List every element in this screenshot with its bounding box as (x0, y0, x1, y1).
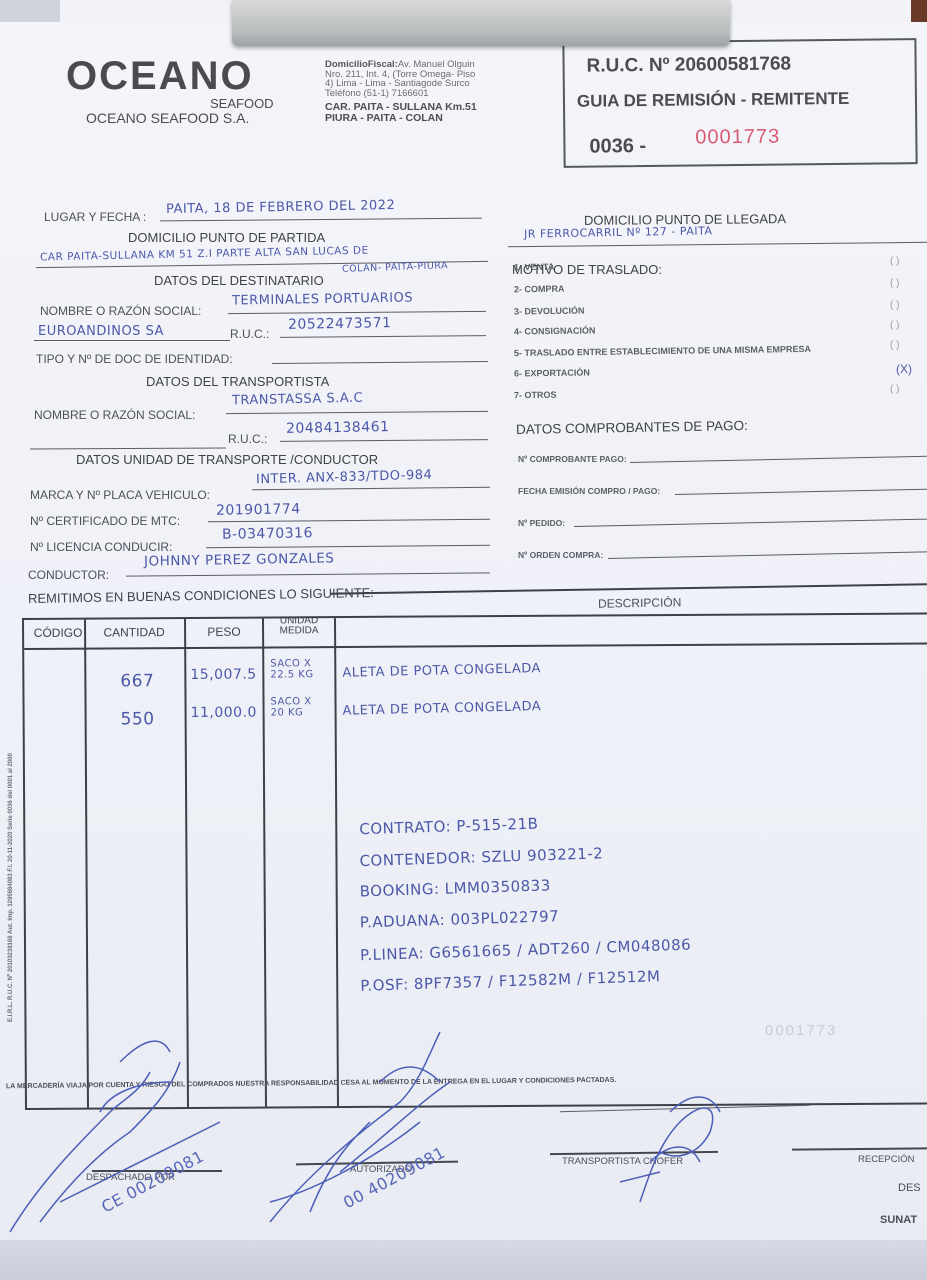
faint-stamp: 0001773 (765, 1022, 837, 1039)
dest-ruc-label: R.U.C.: (230, 327, 269, 341)
document-page: OCEANO SEAFOOD OCEANO SEAFOOD S.A. Domic… (0, 22, 927, 1260)
pago-field-label: Nº ORDEN COMPRA: (518, 550, 603, 560)
cell-descripcion[interactable]: ALETA DE POTA CONGELADA (342, 661, 541, 681)
motivo-label: 2- COMPRA (514, 284, 565, 295)
motivo-label: 7- OTROS (514, 390, 557, 401)
signature-despachado (0, 1032, 260, 1252)
cell-descripcion[interactable]: ALETA DE POTA CONGELADA (342, 699, 541, 719)
field-underline (34, 340, 230, 341)
motivo-checkbox[interactable]: ( ) (890, 278, 899, 289)
field-underline (226, 411, 488, 414)
licencia-label: Nº LICENCIA CONDUCIR: (30, 540, 172, 554)
partial-text: DES (898, 1182, 921, 1194)
shipment-note: BOOKING: LMM0350833 (359, 876, 551, 900)
motivo-checkbox[interactable]: (X) (896, 362, 912, 376)
mtc-label: Nº CERTIFICADO DE MTC: (30, 514, 180, 528)
motivo-label: 1- VENTA (514, 262, 554, 273)
licencia-value[interactable]: B-03470316 (222, 525, 313, 543)
signature-autorizado (250, 1022, 480, 1242)
plant-address: CAR. PAITA - SULLANA Km.51 PIURA - PAITA… (325, 102, 477, 123)
field-underline (252, 487, 490, 490)
field-underline (160, 218, 482, 222)
column-header-cantidad: CANTIDAD (86, 625, 182, 640)
field-underline (206, 545, 490, 548)
partial-text-sunat: SUNAT (880, 1214, 917, 1226)
field-underline (208, 519, 490, 522)
partida-value-2[interactable]: COLAN- PAITA-PIURA (342, 260, 448, 275)
fiscal-address: DomicilioFiscal:Av. Manuel Olguin Nro. 2… (325, 60, 475, 98)
motivo-label: 5- TRASLADO ENTRE ESTABLECIMIENTO DE UNA… (514, 344, 811, 358)
pago-field-input[interactable] (608, 551, 927, 559)
table-intro: REMITIMOS EN BUENAS CONDICIONES LO SIGUI… (28, 585, 374, 606)
printer-imprint: E.I.R.L. R.U.C. Nº 20103239168 Aut. Imp.… (8, 753, 14, 1022)
conductor-label: CONDUCTOR: (28, 568, 109, 582)
ruc-box: R.U.C. Nº 20600581768 GUIA DE REMISIÓN -… (562, 38, 917, 168)
signature-transportista (600, 1072, 760, 1222)
motivo-label: 6- EXPORTACIÓN (514, 367, 590, 378)
cell-unidad[interactable]: SACO X 20 KG (270, 696, 328, 718)
field-underline (126, 572, 490, 576)
clipboard-clip (232, 0, 730, 46)
column-header-peso: PESO (186, 625, 262, 639)
lugar-fecha-value[interactable]: PAITA, 18 DE FEBRERO DEL 2022 (166, 198, 396, 217)
field-underline (508, 242, 927, 247)
transp-nombre-label: NOMBRE O RAZÓN SOCIAL: (34, 408, 195, 422)
dest-ruc-value[interactable]: 20522473571 (288, 315, 392, 333)
signature-line (792, 1147, 927, 1150)
field-underline (280, 335, 486, 338)
dest-nombre-label: NOMBRE O RAZÓN SOCIAL: (40, 304, 201, 318)
motivo-checkbox[interactable]: ( ) (890, 320, 899, 331)
placa-label: MARCA Y Nº PLACA VEHICULO: (30, 488, 210, 502)
motivo-label: 4- CONSIGNACIÓN (514, 325, 596, 336)
shipment-note: CONTENEDOR: SZLU 903221-2 (359, 844, 603, 870)
column-header-codigo: CÓDIGO (32, 626, 84, 640)
pago-field-label: Nº COMPROBANTE PAGO: (518, 454, 627, 464)
pago-title: DATOS COMPROBANTES DE PAGO: (516, 418, 748, 437)
pago-field-input[interactable] (675, 489, 927, 495)
field-underline (30, 447, 226, 449)
mtc-value[interactable]: 201901774 (216, 501, 301, 518)
dest-nombre-value[interactable]: TERMINALES PORTUARIOS (232, 290, 413, 308)
motivo-checkbox[interactable]: ( ) (890, 300, 899, 311)
pago-field-label: Nº PEDIDO: (518, 518, 565, 528)
transp-nombre-value[interactable]: TRANSTASSA S.A.C (232, 391, 363, 409)
motivo-label: 3- DEVOLUCIÓN (514, 306, 585, 317)
column-header-descripcion: DESCRIPCIÓN (598, 595, 682, 610)
table-top-line (330, 583, 927, 594)
pago-field-input[interactable] (574, 519, 927, 527)
transp-ruc-label: R.U.C.: (228, 432, 267, 446)
doc-identidad-field[interactable] (272, 361, 488, 364)
transportista-title: DATOS DEL TRANSPORTISTA (146, 374, 329, 389)
shipment-note: P.LINEA: G6561665 / ADT260 / CM048086 (360, 936, 692, 965)
document-serie: 0036 - (589, 135, 646, 159)
partida-value[interactable]: CAR PAITA-SULLANA KM 51 Z.I PARTE ALTA S… (40, 245, 369, 264)
lugar-fecha-label: LUGAR Y FECHA : (44, 210, 146, 224)
field-underline (228, 311, 486, 314)
document-number: 0001773 (695, 126, 780, 150)
conductor-value[interactable]: JOHNNY PEREZ GONZALES (144, 550, 335, 569)
transp-ruc-value[interactable]: 20484138461 (286, 419, 390, 437)
signature-label-recepcion: RECEPCIÓN (858, 1154, 914, 1165)
unidad-title: DATOS UNIDAD DE TRANSPORTE /CONDUCTOR (76, 452, 378, 467)
shipment-note: CONTRATO: P-515-21B (359, 815, 539, 839)
ruc-number: R.U.C. Nº 20600581768 (586, 53, 791, 77)
column-header-unidad: UNIDAD MEDIDA (264, 616, 334, 636)
pago-field-input[interactable] (630, 456, 927, 463)
paper-bottom-edge (0, 1240, 927, 1280)
shipment-note: P.OSF: 8PF7357 / F12582M / F12512M (360, 967, 661, 995)
cell-cantidad[interactable]: 667 (120, 671, 154, 691)
placa-value[interactable]: INTER. ANX-833/TDO-984 (256, 468, 433, 488)
pago-field-label: FECHA EMISIÓN COMPRO / PAGO: (518, 486, 660, 496)
motivo-checkbox[interactable]: ( ) (890, 340, 899, 351)
document-type: GUIA DE REMISIÓN - REMITENTE (577, 89, 850, 112)
dest-nombre-value-2[interactable]: EUROANDINOS SA (38, 324, 164, 339)
shipment-note: P.ADUANA: 003PL022797 (360, 907, 560, 931)
company-name: OCEANO SEAFOOD S.A. (86, 110, 249, 126)
motivo-checkbox[interactable]: ( ) (890, 384, 899, 395)
cell-peso[interactable]: 11,000.0 (191, 705, 257, 721)
doc-identidad-label: TIPO Y Nº DE DOC DE IDENTIDAD: (36, 352, 233, 366)
cell-unidad[interactable]: SACO X 22.5 KG (270, 658, 328, 680)
motivo-checkbox[interactable]: ( ) (890, 256, 899, 267)
cell-cantidad[interactable]: 550 (121, 709, 155, 729)
partida-title: DOMICILIO PUNTO DE PARTIDA (128, 230, 325, 245)
destinatario-title: DATOS DEL DESTINATARIO (154, 273, 324, 288)
field-underline (280, 439, 488, 442)
company-logo: OCEANO (66, 54, 254, 99)
llegada-value[interactable]: JR FERROCARRIL Nº 127 - PAITA (524, 224, 713, 240)
cell-peso[interactable]: 15,007.5 (190, 667, 256, 683)
company-logo-sub: SEAFOOD (210, 96, 274, 111)
